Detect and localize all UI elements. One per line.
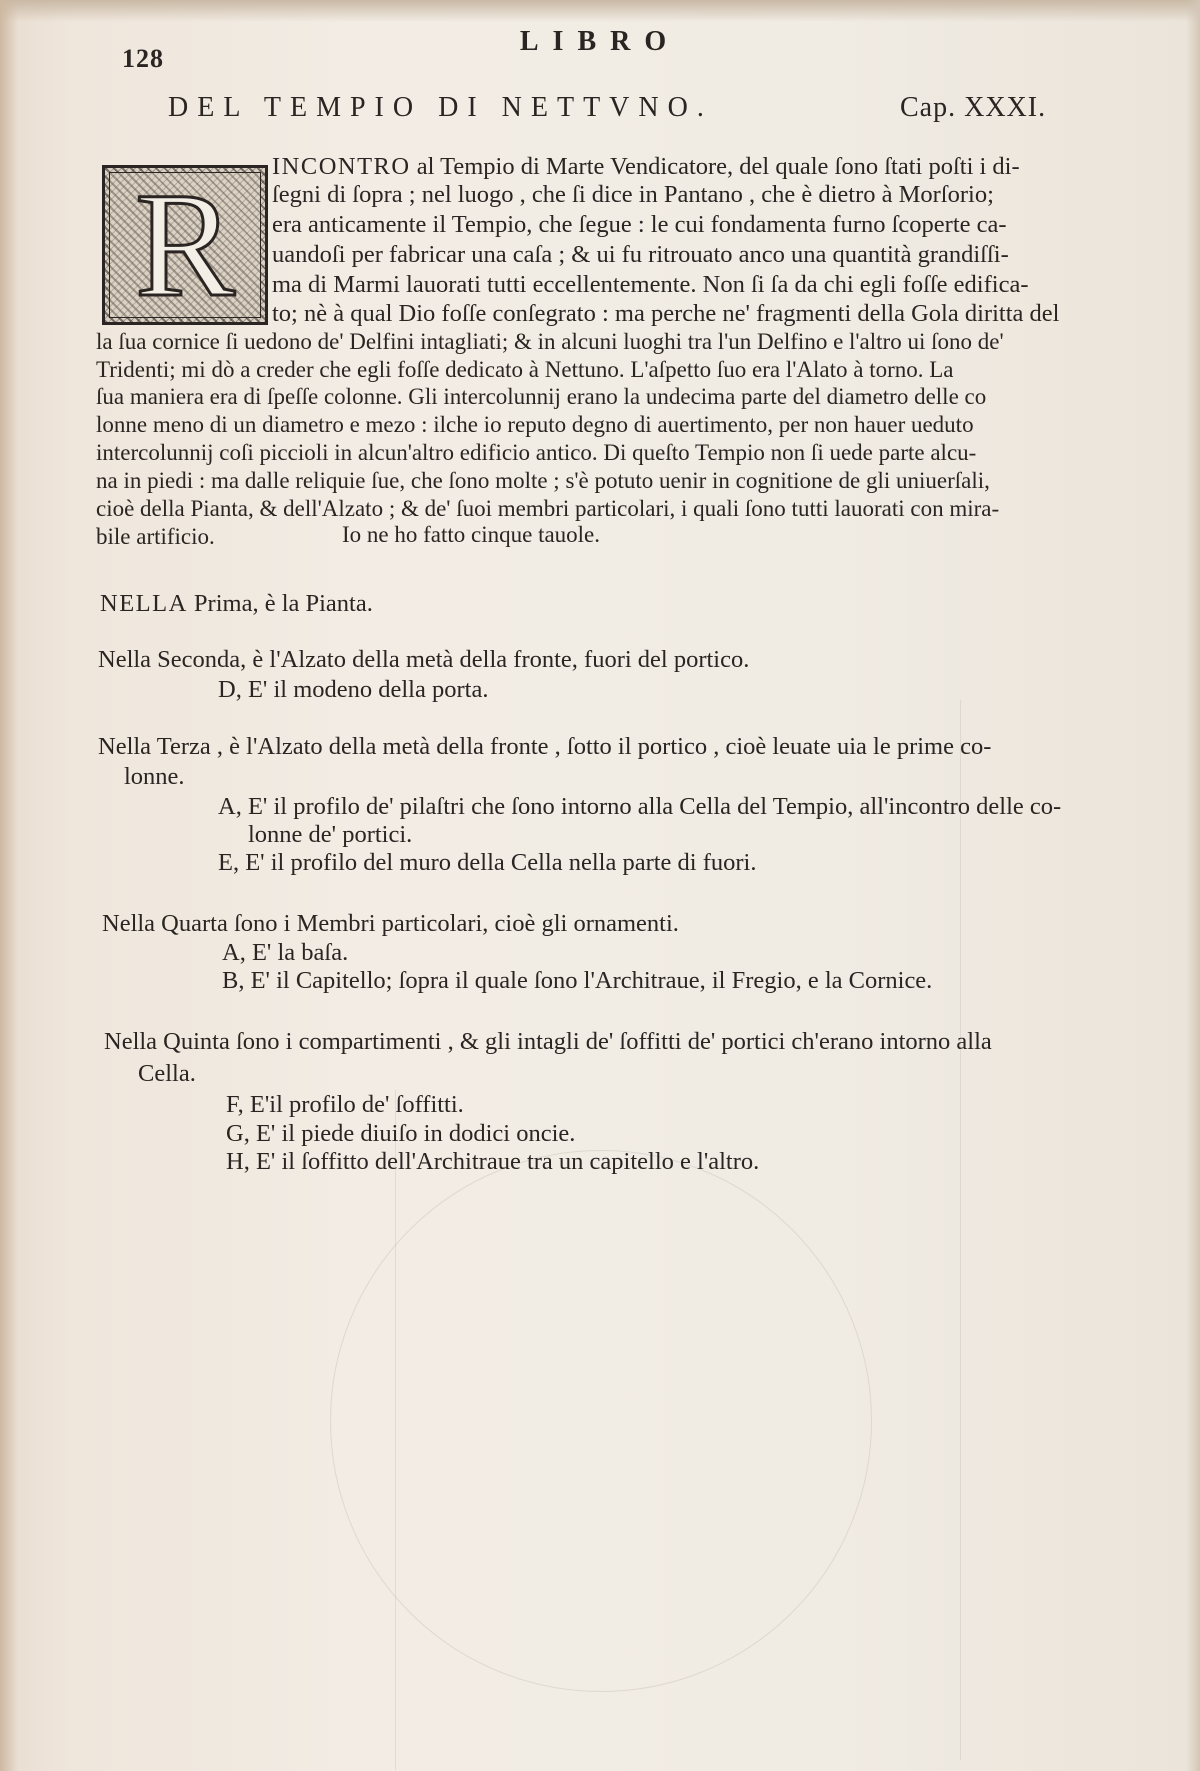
item-label: G, xyxy=(226,1120,250,1147)
item-text: E' il profilo del muro della Cella nella… xyxy=(245,849,756,876)
show-through-circle xyxy=(330,1150,872,1692)
section-item: F, E'il profilo de' ſoffitti. xyxy=(226,1093,464,1118)
intro-closing: Io ne ho fatto cinque tauole. xyxy=(342,523,600,546)
intro-line-text: bile artificio. xyxy=(96,524,215,549)
item-text: E' il modeno della porta. xyxy=(248,676,489,703)
page-edge-left xyxy=(0,0,18,1771)
decorated-initial-frame: R xyxy=(109,172,261,318)
item-text: E' il piede diuiſo in dodici oncie. xyxy=(256,1120,575,1147)
running-head: LIBRO xyxy=(0,26,1200,58)
intro-line: era anticamente il Tempio, che ſegue : l… xyxy=(272,213,1007,238)
item-label: H, xyxy=(226,1148,250,1175)
section-item: D, E' il modeno della porta. xyxy=(218,678,488,703)
section-seconda: Nella Seconda, è l'Alzato della metà del… xyxy=(98,648,749,673)
intro-lead-word: INCONTRO xyxy=(272,153,411,180)
section-continuation: lonne. xyxy=(124,765,185,790)
section-item: G, E' il piede diuiſo in dodici oncie. xyxy=(226,1122,575,1147)
item-label: B, xyxy=(222,967,244,994)
item-label: A, xyxy=(222,939,246,966)
section-text: Prima, è la Pianta. xyxy=(194,590,373,617)
item-text: E' il ſoffitto dell'Architraue tra un ca… xyxy=(256,1148,759,1175)
decorated-initial-letter: R xyxy=(135,170,235,320)
item-text: E' la baſa. xyxy=(252,939,348,966)
section-quarta: Nella Quarta ſono i Membri particolari, … xyxy=(102,912,679,937)
item-label: E, xyxy=(218,849,239,876)
show-through-line xyxy=(395,1090,396,1770)
intro-line: ſua maniera era di ſpeſſe colonne. Gli i… xyxy=(96,385,986,408)
intro-line: to; nè à qual Dio foſſe conſegrato : ma … xyxy=(272,302,1059,327)
item-label: F, xyxy=(226,1091,244,1118)
intro-line: intercolunnij coſi piccioli in alcun'alt… xyxy=(96,441,976,464)
intro-line: bile artificio. xyxy=(96,525,215,548)
item-label: D, xyxy=(218,676,242,703)
page-edge-top xyxy=(0,0,1200,22)
item-label: A, xyxy=(218,793,242,820)
item-text: E' il Capitello; ſopra il quale ſono l'A… xyxy=(251,967,933,994)
intro-line: INCONTRO al Tempio di Marte Vendicatore,… xyxy=(272,155,1020,180)
intro-line: ma di Marmi lauorati tutti eccellentemen… xyxy=(272,273,1029,298)
intro-line-text: al Tempio di Marte Vendicatore, del qual… xyxy=(417,153,1020,180)
page-edge-right xyxy=(1186,0,1200,1771)
section-continuation: Cella. xyxy=(138,1062,196,1087)
chapter-title: DEL TEMPIO DI NETTVNO. xyxy=(168,92,713,124)
intro-line: ſegni di ſopra ; nel luogo , che ſi dice… xyxy=(272,183,994,208)
intro-line: cioè della Pianta, & dell'Alzato ; & de'… xyxy=(96,497,999,520)
item-text: E' il profilo de' pilaſtri che ſono into… xyxy=(248,793,1061,820)
section-prima: NELLA Prima, è la Pianta. xyxy=(100,592,373,617)
section-lead-word: NELLA xyxy=(100,590,188,617)
chapter-number: Cap. XXXI. xyxy=(900,92,1046,124)
show-through-line xyxy=(960,700,961,1760)
intro-line: uandoſi per fabricar una caſa ; & ui fu … xyxy=(272,243,1009,268)
item-continuation: lonne de' portici. xyxy=(248,823,412,848)
intro-line: na in piedi : ma dalle reliquie ſue, che… xyxy=(96,469,990,492)
section-item: H, E' il ſoffitto dell'Architraue tra un… xyxy=(226,1150,759,1175)
intro-line: la ſua cornice ſi uedono de' Delfini int… xyxy=(96,330,1004,353)
section-terza: Nella Terza , è l'Alzato della metà dell… xyxy=(98,735,991,760)
section-item: A, E' la baſa. xyxy=(222,941,348,966)
section-quinta: Nella Quinta ſono i compartimenti , & gl… xyxy=(104,1030,992,1055)
item-text: E'il profilo de' ſoffitti. xyxy=(250,1091,464,1118)
decorated-initial: R xyxy=(102,165,268,325)
section-item: E, E' il profilo del muro della Cella ne… xyxy=(218,851,757,876)
section-item: A, E' il profilo de' pilaſtri che ſono i… xyxy=(218,795,1061,820)
section-item: B, E' il Capitello; ſopra il quale ſono … xyxy=(222,969,932,994)
intro-line: Tridenti; mi dò a creder che egli foſſe … xyxy=(96,358,954,381)
intro-line: lonne meno di un diametro e mezo : ilche… xyxy=(96,413,974,436)
